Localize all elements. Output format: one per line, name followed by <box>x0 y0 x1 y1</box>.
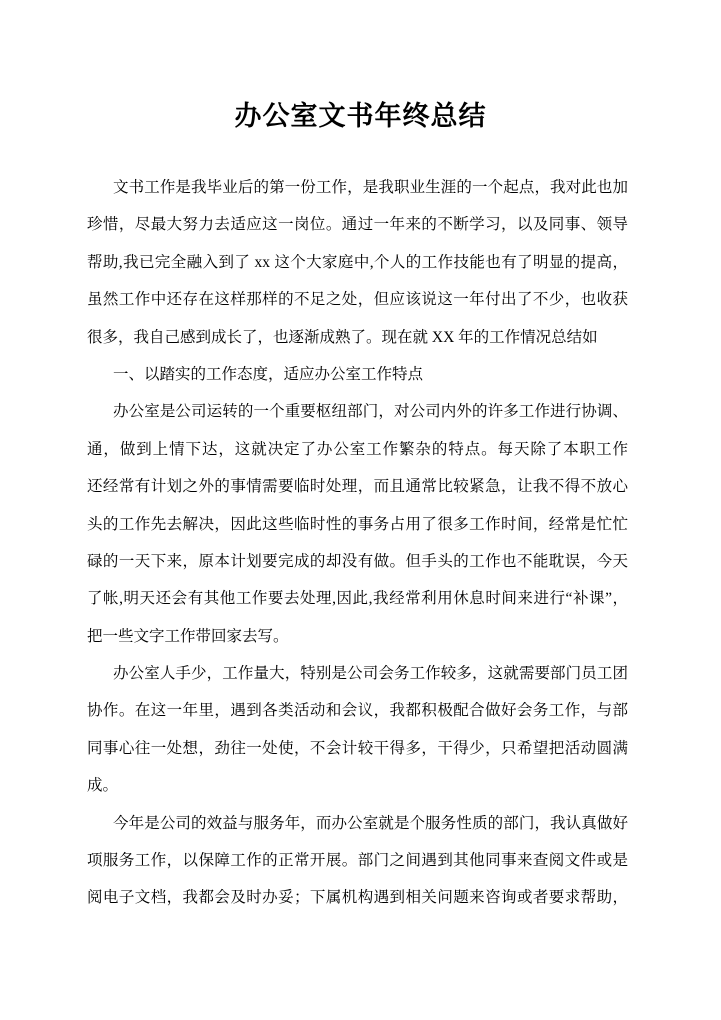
text-line: 帮助,我已完全融入到了 xx 这个大家庭中,个人的工作技能也有了明显的提高， <box>87 244 628 281</box>
text-line: 碌的一天下来，原本计划要完成的却没有做。但手头的工作也不能耽误，今天欠 <box>87 543 628 580</box>
text-line: 头的工作先去解决，因此这些临时性的事务占用了很多工作时间，经常是忙忙碌 <box>87 506 628 543</box>
document-title: 办公室文书年终总结 <box>0 96 721 136</box>
document-page: 办公室文书年终总结 文书工作是我毕业后的第一份工作，是我职业生涯的一个起点，我对… <box>0 0 721 1020</box>
document-body: 文书工作是我毕业后的第一份工作，是我职业生涯的一个起点，我对此也加倍珍惜，尽最大… <box>87 169 628 917</box>
text-line: 还经常有计划之外的事情需要临时处理，而且通常比较紧急，让我不得不放心手 <box>87 468 628 505</box>
text-line: 文书工作是我毕业后的第一份工作，是我职业生涯的一个起点，我对此也加倍 <box>87 169 628 206</box>
text-line: 了帐,明天还会有其他工作要去处理,因此,我经常利用休息时间来进行“补课”， <box>87 580 628 617</box>
text-line: 很多，我自己感到成长了，也逐渐成熟了。现在就 XX 年的工作情况总结如下： <box>87 319 628 356</box>
text-line: 虽然工作中还存在这样那样的不足之处，但应该说这一年付出了不少，也收获了 <box>87 281 628 318</box>
text-line: 今年是公司的效益与服务年，而办公室就是个服务性质的部门，我认真做好各 <box>87 805 628 842</box>
text-line: 阅电子文档，我都会及时办妥；下属机构遇到相关问题来咨询或者要求帮助，我 <box>87 879 628 916</box>
text-line: 项服务工作，以保障工作的正常开展。部门之间遇到其他同事来查阅文件或是调 <box>87 842 628 879</box>
text-line: 珍惜，尽最大努力去适应这一岗位。通过一年来的不断学习，以及同事、领导的 <box>87 206 628 243</box>
text-line: 同事心往一处想，劲往一处使，不会计较干得多，干得少，只希望把活动圆满完 <box>87 730 628 767</box>
text-line: 一、以踏实的工作态度，适应办公室工作特点 <box>87 356 628 393</box>
text-line: 通，做到上情下达，这就决定了办公室工作繁杂的特点。每天除了本职工作外， <box>87 431 628 468</box>
text-line: 成。 <box>87 767 628 804</box>
text-line: 协作。在这一年里，遇到各类活动和会议，我都积极配合做好会务工作，与部门 <box>87 692 628 729</box>
text-line: 把一些文字工作带回家去写。 <box>87 618 628 655</box>
text-line: 办公室是公司运转的一个重要枢纽部门，对公司内外的许多工作进行协调、沟 <box>87 393 628 430</box>
text-line: 办公室人手少，工作量大，特别是公司会务工作较多，这就需要部门员工团结 <box>87 655 628 692</box>
